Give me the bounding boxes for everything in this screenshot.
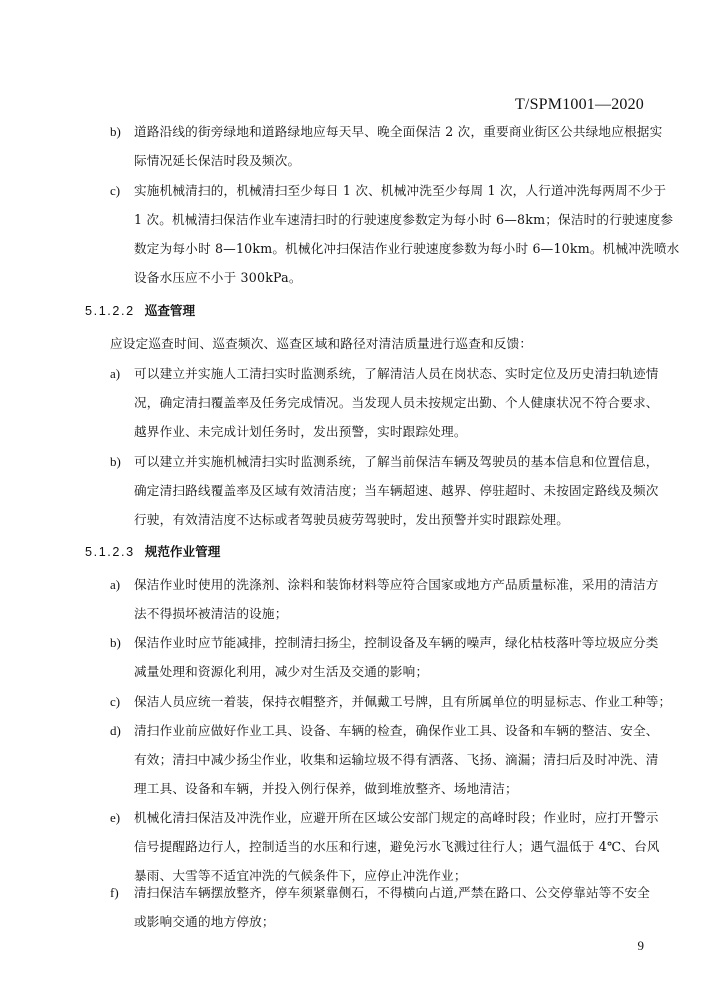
paragraph-line: 确定清扫路线覆盖率及区域有效清洁度；当车辆超速、越界、停驻超时、未按固定路线及频… [134,484,659,498]
paragraph-line: 清扫作业前应做好作业工具、设备、车辆的检查，确保作业工具、设备和车辆的整洁、安全… [134,724,659,738]
paragraph-line: 清扫保洁车辆摆放整齐，停车须紧靠侧石，不得横向占道,严禁在路口、公交停靠站等不安… [134,886,650,900]
paragraph-line: 暴雨、大雪等不适宜冲洗的气候条件下，应停止冲洗作业； [134,869,467,883]
document-page: T/SPM1001—2020 b) 道路沿线的街旁绿地和道路绿地应每天早、晚全面… [0,0,706,1000]
paragraph-line: 信号提醒路边行人，控制适当的水压和行速，避免污水飞溅过往行人；遇气温低于 4℃、… [134,840,660,854]
list-marker: b) [110,124,121,140]
section-title: 巡查管理 [145,303,195,318]
list-marker: c) [110,183,120,199]
page-number: 9 [638,938,645,954]
paragraph-line: 保洁作业时应节能减排，控制清扫扬尘，控制设备及车辆的噪声，绿化枯枝落叶等垃圾应分… [134,636,659,650]
paragraph-line: 可以建立并实施人工清扫实时监测系统，了解清洁人员在岗状态、实时定位及历史清扫轨迹… [134,367,659,381]
paragraph-line: 行驶，有效清洁度不达标或者驾驶员疲劳驾驶时，发出预警并实时跟踪处理。 [134,513,569,527]
paragraph-line: 1 次。机械清扫保洁作业车速清扫时的行驶速度参数定为每小时 6—8km；保洁时的… [134,213,673,227]
paragraph-line: 设备水压应不小于 300kPa。 [134,271,302,285]
list-marker: a) [110,577,120,593]
section-title: 规范作业管理 [145,544,221,559]
section-heading-5123: 5.1.2.3规范作业管理 [85,545,220,559]
paragraph-line: 越界作业、未完成计划任务时，发出预警，实时跟踪处理。 [134,425,467,439]
paragraph-line: 实施机械清扫的，机械清扫至少每日 1 次、机械冲洗至少每周 1 次，人行道冲洗每… [134,184,666,198]
paragraph-line: 或影响交通的地方停放； [134,915,275,929]
paragraph-line: 法不得损坏被清洁的设施； [134,607,288,621]
section-number: 5.1.2.3 [85,545,135,559]
list-marker: c) [110,694,120,710]
paragraph-line: 况，确定清扫覆盖率及任务完成情况。当发现人员未按规定出勤、个人健康状况不符合要求… [134,396,659,410]
paragraph-line: 保洁作业时使用的洗涤剂、涂料和装饰材料等应符合国家或地方产品质量标准，采用的清洁… [134,578,659,592]
paragraph-line: 有效；清扫中减少扬尘作业，收集和运输垃圾不得有洒落、飞扬、滴漏；清扫后及时冲洗、… [134,753,659,767]
list-marker: a) [110,366,120,382]
list-marker: e) [110,810,120,826]
section-heading-5122: 5.1.2.2巡查管理 [85,304,195,318]
paragraph-line: 际情况延长保洁时段及频次。 [134,154,300,168]
paragraph-line: 机械化清扫保洁及冲洗作业，应避开所在区域公安部门规定的高峰时段；作业时，应打开警… [134,811,659,825]
paragraph-line: 理工具、设备和车辆，并投入例行保养，做到堆放整齐、场地清洁； [134,782,518,796]
paragraph-line: 数定为每小时 8—10km。机械化冲扫保洁作业行驶速度参数为每小时 6—10km… [134,242,679,256]
paragraph-line: 可以建立并实施机械清扫实时监测系统，了解当前保洁车辆及驾驶员的基本信息和位置信息… [134,455,659,469]
list-marker: f) [110,885,119,901]
paragraph-line: 道路沿线的街旁绿地和道路绿地应每天早、晚全面保洁 2 次，重要商业街区公共绿地应… [134,125,662,139]
list-marker: d) [110,723,121,739]
list-marker: b) [110,635,121,651]
document-code: T/SPM1001—2020 [515,96,644,114]
paragraph-line: 减量处理和资源化利用，减少对生活及交通的影响； [134,665,428,679]
section-intro: 应设定巡查时间、巡查频次、巡查区域和路径对清洁质量进行巡查和反馈： [110,337,532,351]
section-number: 5.1.2.2 [85,304,135,318]
list-marker: b) [110,454,121,470]
paragraph-line: 保洁人员应统一着装，保持衣帽整齐，并佩戴工号牌，且有所属单位的明显标志、作业工种… [134,695,671,709]
